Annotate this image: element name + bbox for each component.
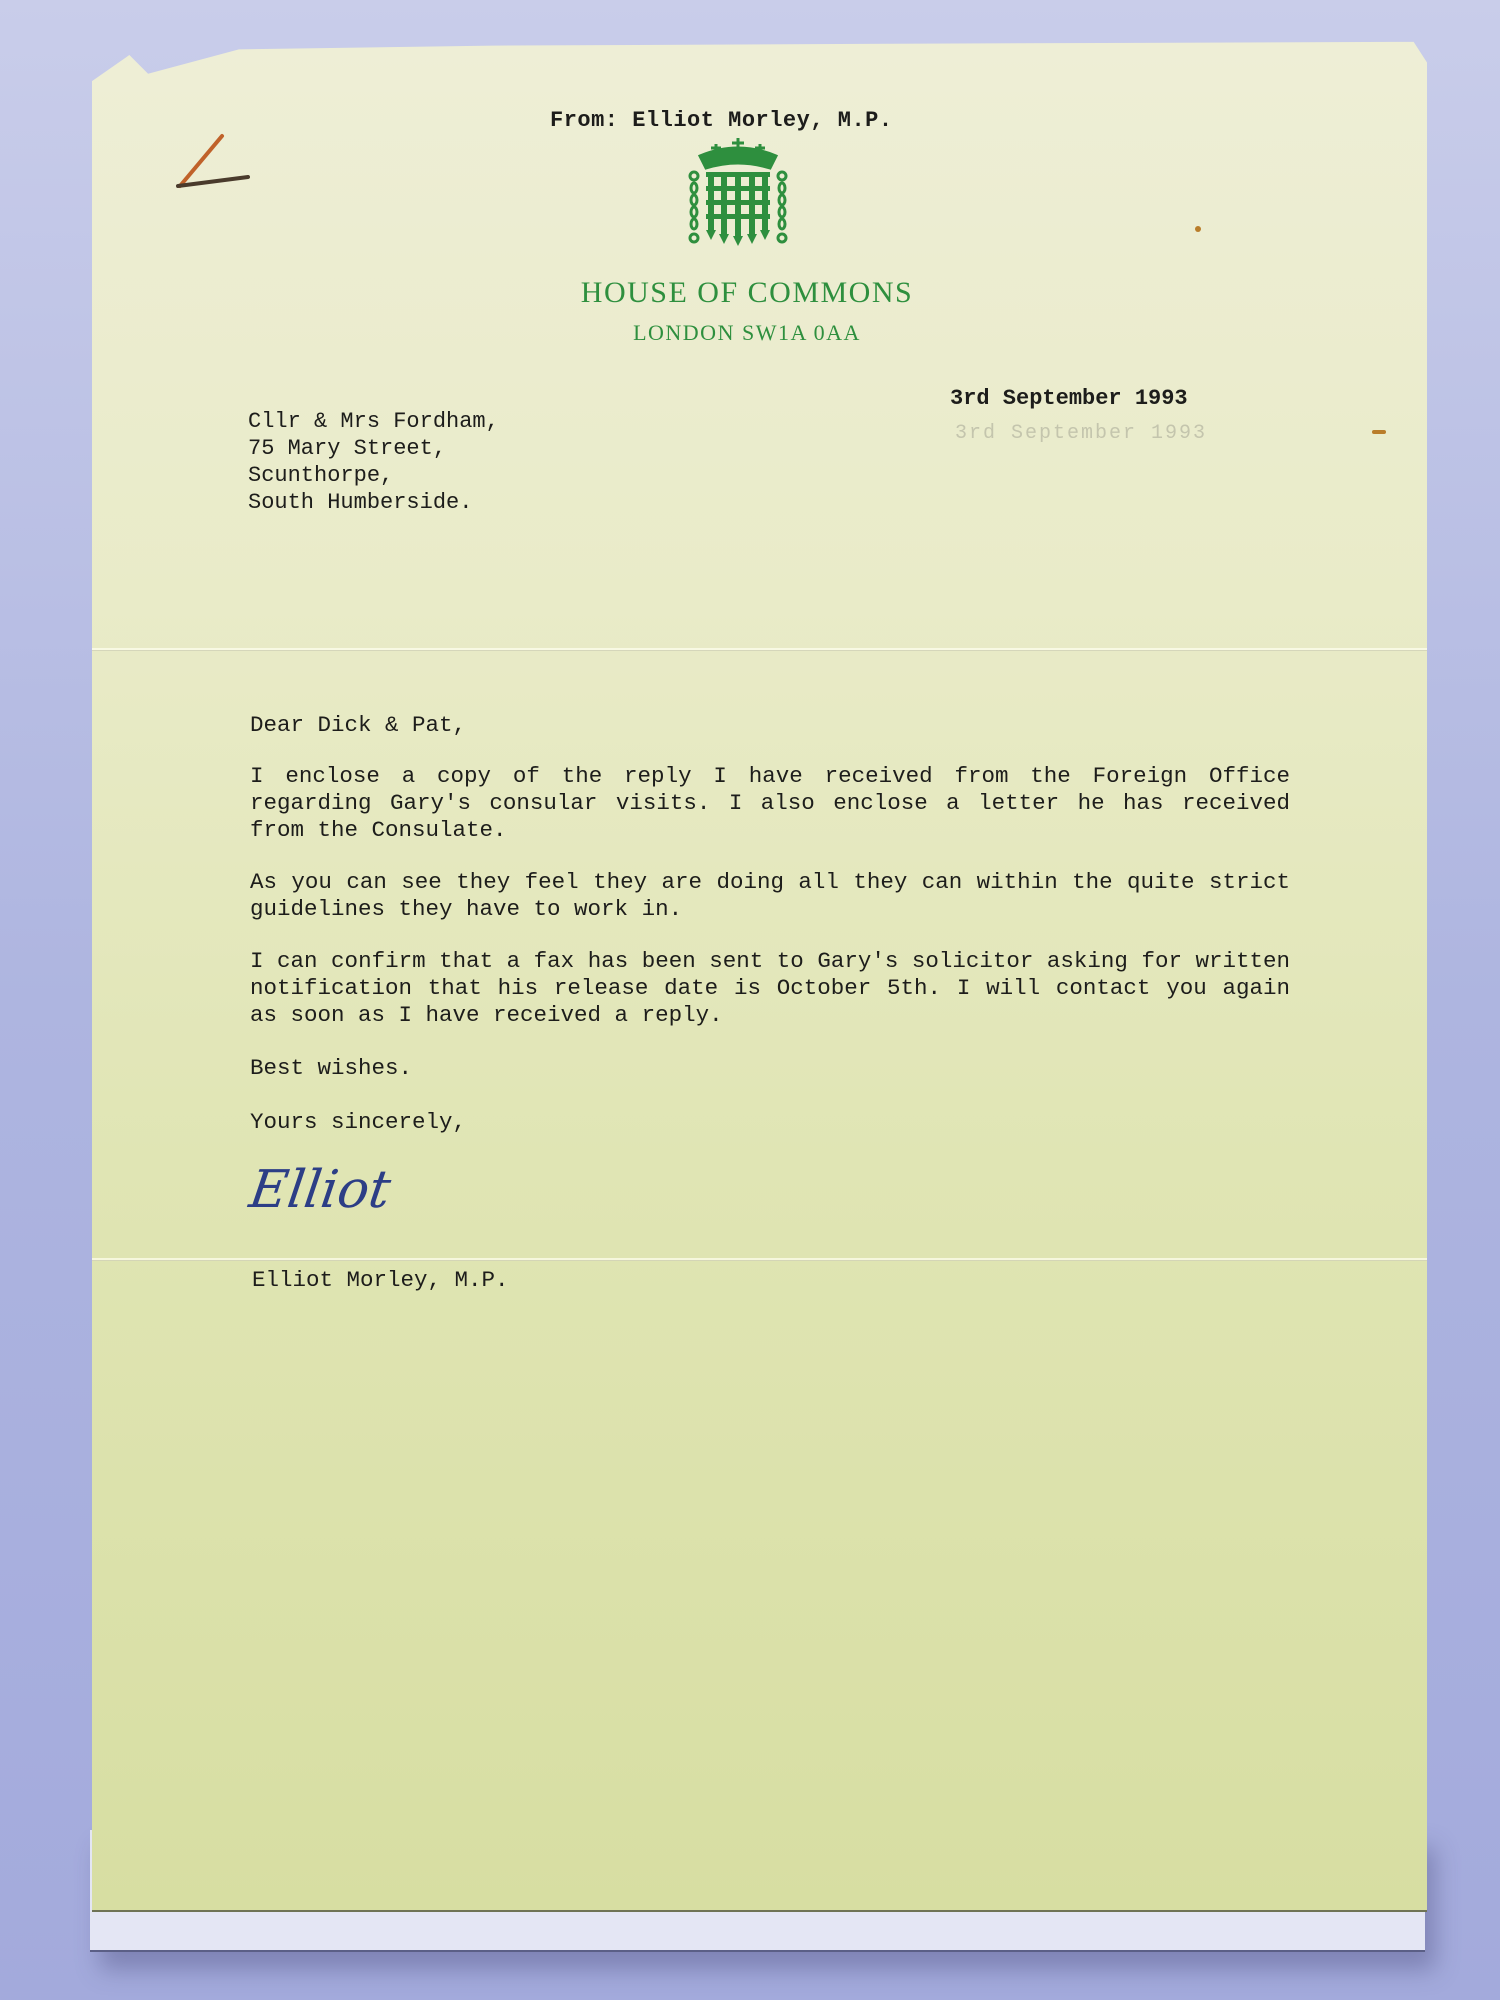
address-line: 75 Mary Street, <box>248 435 499 462</box>
paragraph: I can confirm that a fax has been sent t… <box>250 948 1290 1029</box>
paragraph: As you can see they feel they are doing … <box>250 869 1290 923</box>
letterhead-from: From: Elliot Morley, M.P. <box>550 108 893 133</box>
address-line: South Humberside. <box>248 489 499 516</box>
letterhead-address: LONDON SW1A 0AA <box>0 320 1497 346</box>
ink-mark <box>1372 430 1386 434</box>
recipient-address: Cllr & Mrs Fordham, 75 Mary Street, Scun… <box>248 408 499 516</box>
closing: Best wishes. <box>250 1055 412 1081</box>
address-line: Scunthorpe, <box>248 462 499 489</box>
fold-line-lower <box>92 1258 1427 1261</box>
fold-line-upper <box>92 648 1427 651</box>
ink-dot <box>1195 226 1201 232</box>
address-line: Cllr & Mrs Fordham, <box>248 408 499 435</box>
handwritten-tick-icon <box>170 130 250 190</box>
salutation: Dear Dick & Pat, <box>250 712 1290 739</box>
carbon-ghost-date: 3rd September 1993 <box>955 422 1207 445</box>
portcullis-icon <box>688 138 788 250</box>
letter-date: 3rd September 1993 <box>950 386 1188 411</box>
letter-body: Dear Dick & Pat, I enclose a copy of the… <box>250 712 1290 1054</box>
signoff-name: Elliot Morley, M.P. <box>252 1267 509 1293</box>
valediction: Yours sincerely, <box>250 1109 466 1135</box>
letterhead-institution: HOUSE OF COMMONS <box>0 276 1497 310</box>
handwritten-signature: Elliot <box>246 1160 394 1220</box>
paragraph: I enclose a copy of the reply I have rec… <box>250 763 1290 844</box>
